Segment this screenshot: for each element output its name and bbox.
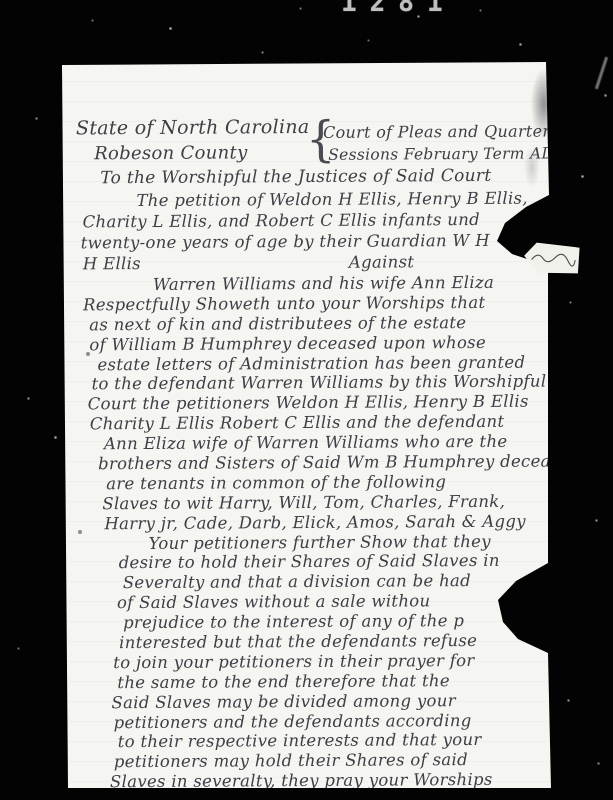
- against-row: H Ellis Against: [61, 252, 551, 276]
- manuscript-text: State of North Carolina { Court of Pleas…: [60, 115, 554, 793]
- manuscript-line: Your petitioners further Show that they: [148, 531, 552, 553]
- manuscript-line: Harry jr, Cade, Darb, Elick, Amos, Sarah…: [104, 511, 552, 534]
- manuscript-line: to their respective interests and that y…: [118, 730, 554, 753]
- manuscript-line: are tenants in common of the following: [106, 471, 552, 494]
- manuscript-line: Charity L Ellis Robert C Ellis and the d…: [90, 412, 552, 435]
- manuscript-line: petitioners may hold their Shares of sai…: [114, 750, 554, 773]
- versus-label: Against: [349, 252, 415, 271]
- manuscript-line: Warren Williams and his wife Ann Eliza: [153, 273, 551, 295]
- manuscript-line: Slaves to wit Harry, Will, Tom, Charles,…: [102, 491, 552, 514]
- ink-dot: [86, 352, 90, 356]
- header-row-2: Robeson County Sessions February Term AD…: [60, 141, 550, 169]
- manuscript-line: interested but that the defendants refus…: [119, 631, 553, 654]
- caption-line: The petition of Weldon H Ellis, Henry B …: [136, 189, 550, 213]
- state-title: State of North Carolina: [76, 116, 310, 139]
- manuscript-line: brothers and Sisters of Said Wm B Humphr…: [98, 452, 552, 475]
- manuscript-line: estate letters of Administration has bee…: [97, 352, 551, 375]
- county-title: Robeson County: [94, 142, 247, 164]
- caption-line: twenty-one years of age by their Guardia…: [81, 231, 551, 255]
- header-row-1: State of North Carolina { Court of Pleas…: [60, 115, 550, 144]
- manuscript-line: Said Slaves may be divided among your: [111, 690, 553, 713]
- dust-specks: [0, 0, 1, 1]
- court-term-line: Sessions February Term AD 1863: [328, 144, 600, 164]
- manuscript-line: prejudice to the interest of any of the …: [123, 611, 553, 634]
- manuscript-line: Slaves in severalty, they pray your Wors…: [110, 770, 554, 793]
- manuscript-line: the same to the end therefore that the: [117, 670, 553, 693]
- manuscript-line: petitioners and the defendants according: [114, 710, 554, 733]
- manuscript-line: Court the petitioners Weldon H Ellis, He…: [88, 392, 552, 415]
- document-page: State of North Carolina { Court of Pleas…: [62, 62, 552, 788]
- manuscript-line: as next of kin and distributees of the e…: [89, 312, 551, 335]
- manuscript-line: Ann Eliza wife of Warren Williams who ar…: [104, 432, 552, 455]
- manuscript-line: desire to hold their Shares of Said Slav…: [119, 551, 553, 574]
- microfilm-frame: 1281 State of North Carolina { Court of …: [0, 0, 613, 800]
- court-name-line: Court of Pleas and Quarter: [323, 122, 550, 142]
- caption-line: Charity L Ellis, and Robert C Ellis infa…: [83, 210, 551, 234]
- film-scratch: [595, 56, 608, 89]
- manuscript-line: of William B Humphrey deceased upon whos…: [89, 332, 551, 355]
- frame-counter: 1281: [341, 0, 456, 18]
- manuscript-line: to the defendant Warren Williams by this…: [92, 372, 552, 395]
- manuscript-line: of Said Slaves without a sale withou: [117, 591, 553, 614]
- manuscript-line: to join your petitioners in their prayer…: [113, 650, 553, 673]
- ink-dot: [78, 530, 82, 534]
- salutation-line: To the Worshipful the Justices of Said C…: [100, 166, 550, 192]
- manuscript-line: Severalty and that a division can be had: [123, 571, 553, 594]
- petitioner-ref: H Ellis: [83, 254, 141, 273]
